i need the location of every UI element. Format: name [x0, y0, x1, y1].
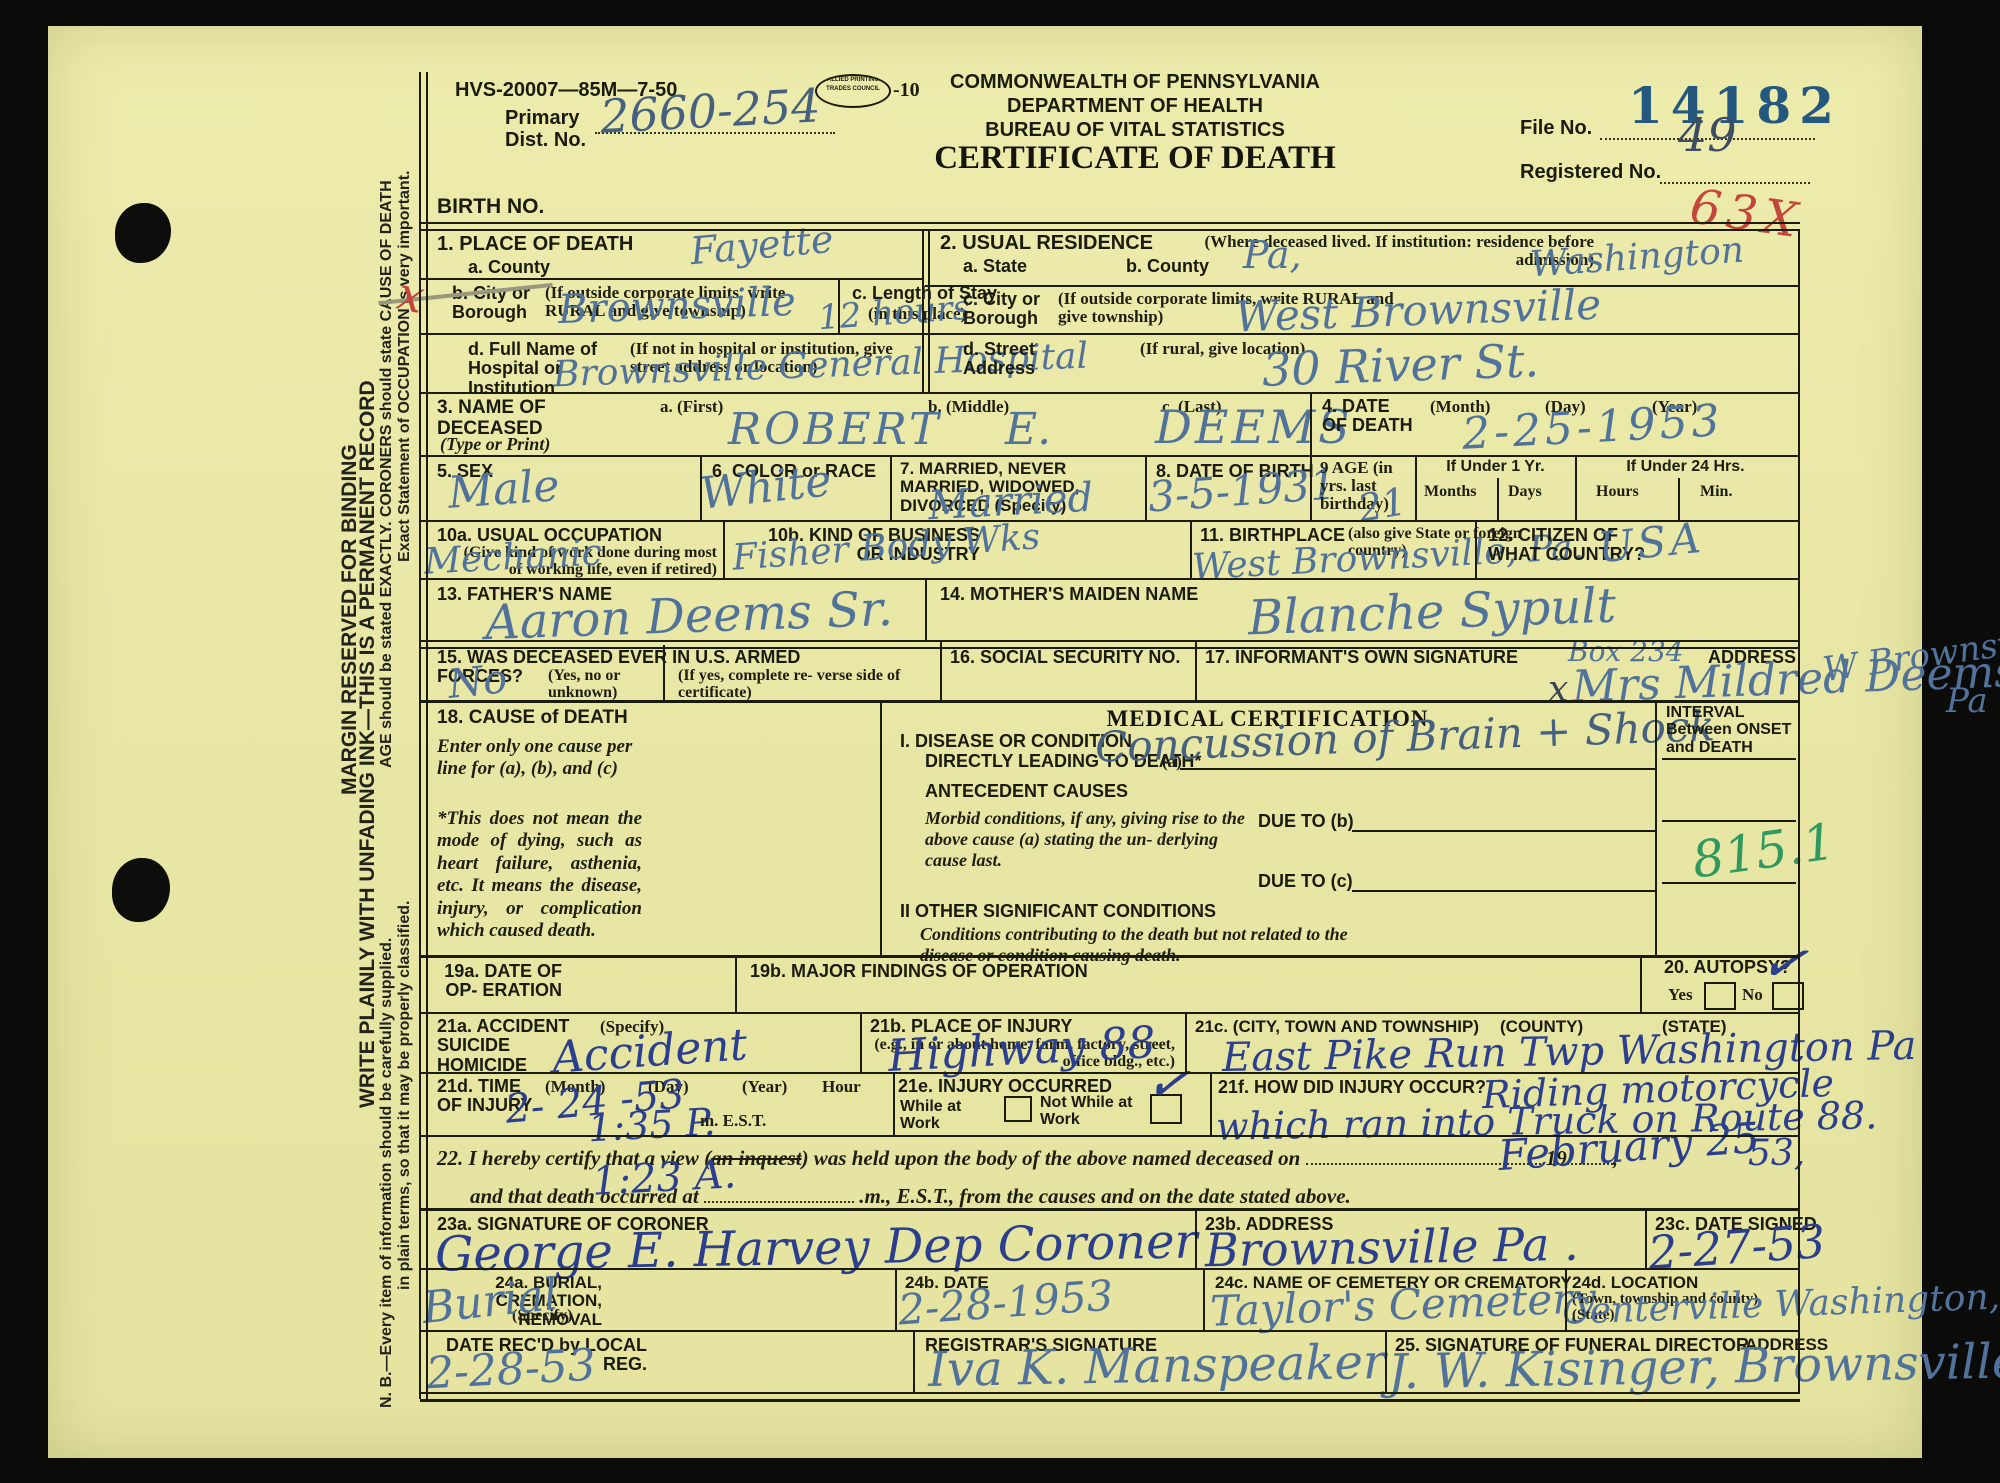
rule	[420, 1399, 1800, 1402]
rule	[1575, 455, 1577, 520]
father-name-value: Aaron Deems Sr.	[484, 585, 893, 647]
while-at-work-checkbox[interactable]	[1004, 1096, 1032, 1122]
rule	[426, 72, 428, 1399]
rule	[890, 455, 892, 520]
rule	[1145, 455, 1147, 520]
ssn-label: 16. SOCIAL SECURITY NO.	[950, 648, 1185, 667]
rule	[925, 285, 1800, 287]
informant-label: 17. INFORMANT'S OWN SIGNATURE	[1205, 648, 1518, 667]
header-commonwealth: COMMONWEALTH OF PENNSYLVANIA	[905, 72, 1365, 94]
registered-no-value: 49	[1678, 112, 1737, 158]
days-label: Days	[1508, 484, 1542, 501]
cause-of-death-label: 18. CAUSE of DEATH	[437, 708, 628, 729]
armed-forces-note1: (Yes, no or unknown)	[548, 668, 668, 702]
date-recd-value: 2-28-53	[425, 1344, 597, 1397]
rule	[860, 1012, 862, 1072]
under-1yr-label: If Under 1 Yr.	[1418, 459, 1573, 476]
margin-nb-text: N. B.—Every item of information should b…	[378, 938, 396, 1408]
min-label: Min.	[1700, 484, 1732, 501]
certify-year-value: 53,	[1748, 1136, 1805, 1172]
morbid-note: Morbid conditions, if any, giving rise t…	[925, 808, 1260, 872]
rule	[420, 1135, 1800, 1137]
rule	[928, 229, 930, 392]
rule	[735, 955, 737, 1012]
name-note: (Type or Print)	[440, 434, 550, 455]
rule	[1678, 478, 1680, 520]
rule	[420, 229, 1800, 231]
registered-no-label: Registered No.	[1520, 162, 1661, 184]
rule	[1185, 1012, 1187, 1072]
certify-line1-post: ) was held upon the body of the above na…	[802, 1146, 1301, 1170]
how-injury-label: 21f. HOW DID INJURY OCCUR?	[1218, 1078, 1486, 1097]
registrar-signature-value: Iva K. Manspeaker	[928, 1338, 1387, 1394]
hours-label: Hours	[1596, 484, 1639, 501]
scanned-death-certificate: MARGIN RESERVED FOR BINDING WRITE PLAINL…	[0, 0, 2000, 1483]
certify-line2-post: .m., E.S.T., from the causes and on the …	[859, 1184, 1351, 1208]
cause-of-death-footnote: *This does not mean the mode of dying, s…	[437, 808, 642, 942]
rule	[420, 520, 1800, 522]
place-of-death-title: 1. PLACE OF DEATH	[437, 234, 633, 256]
punch-hole-bottom	[112, 858, 170, 922]
color-race-value: White	[698, 459, 833, 516]
rule	[1662, 882, 1796, 884]
residence-state-value: Pa,	[1243, 236, 1302, 274]
injury-hour-label: Hour	[822, 1078, 861, 1096]
name-middle-value: E.	[1005, 408, 1051, 452]
rule	[913, 1330, 915, 1392]
rule	[1195, 640, 1197, 700]
street-address-label: d. Street Address	[963, 340, 1063, 379]
rule	[1352, 890, 1655, 892]
rule	[1310, 392, 1312, 455]
page-title: CERTIFICATE OF DEATH	[905, 140, 1365, 177]
margin-plain-terms-text: in plain terms, so that it may be proper…	[396, 901, 414, 1290]
rule	[1415, 455, 1417, 520]
injury-year-label: (Year)	[742, 1078, 787, 1096]
rule	[420, 455, 1800, 457]
rule	[880, 700, 882, 955]
rule	[419, 72, 421, 1399]
rule	[420, 222, 1800, 224]
date-of-operation-label: 19a. DATE OF OP- ERATION	[437, 962, 562, 1001]
autopsy-no-checkmark: ✓	[1755, 932, 1811, 995]
primary-dist-value: 2660-254	[599, 82, 822, 139]
rule	[925, 578, 927, 640]
street-address-value: 30 River St.	[1261, 337, 1539, 393]
armed-forces-value: No	[446, 659, 509, 705]
informant-address-value2: Pa	[1946, 684, 1988, 718]
other-conditions-label: II OTHER SIGNIFICANT CONDITIONS	[900, 902, 1216, 921]
residence-city-label: c. City or Borough	[963, 290, 1051, 329]
rule	[663, 645, 665, 700]
rule	[700, 455, 702, 520]
rule	[1565, 1268, 1567, 1330]
residence-title: 2. USUAL RESIDENCE	[940, 233, 1153, 255]
time-of-injury-time-value: 1:35 P.	[587, 1103, 716, 1148]
rule	[420, 1268, 1800, 1270]
rule	[1640, 955, 1642, 1012]
rule	[723, 520, 725, 578]
rule	[838, 278, 840, 333]
coroner-address-value: Brownsville Pa .	[1205, 1221, 1579, 1274]
injury-est-label: m. E.S.T.	[700, 1112, 766, 1130]
rule	[1310, 455, 1312, 520]
rule	[893, 1072, 895, 1135]
armed-forces-note2: (If yes, complete re- verse side of cert…	[678, 668, 908, 702]
name-first-value: ROBERT	[728, 408, 941, 452]
occupation-value: Mechanic	[423, 535, 602, 580]
rule	[420, 1012, 1800, 1014]
rule	[420, 578, 1800, 580]
red-code-63x: 63X	[1687, 182, 1806, 245]
margin-permanent-record-text: WRITE PLAINLY WITH UNFADING INK—THIS IS …	[356, 380, 380, 1108]
rule	[1798, 229, 1800, 1392]
length-of-stay-value: 12 hours	[817, 291, 971, 336]
file-no-label: File No.	[1520, 118, 1592, 140]
rule	[1190, 520, 1192, 578]
rule	[420, 278, 922, 280]
rule	[895, 1268, 897, 1330]
rule	[1203, 1268, 1205, 1330]
name-title: 3. NAME OF DECEASED	[437, 398, 567, 439]
antecedent-label: ANTECEDENT CAUSES	[925, 782, 1128, 801]
rule	[1655, 700, 1657, 955]
not-while-at-work-label: Not While at Work	[1040, 1094, 1140, 1129]
rule	[1662, 758, 1796, 760]
rule	[420, 333, 1800, 335]
union-printing-label-icon: ALLIED PRINTING TRADES COUNCIL	[815, 74, 891, 108]
rule	[1352, 830, 1655, 832]
due-to-c-label: DUE TO (c)	[1258, 872, 1353, 891]
rule	[420, 700, 1800, 703]
mother-name-value: Blanche Sypult	[1247, 582, 1616, 643]
rule	[1210, 1072, 1212, 1135]
rule	[420, 392, 1800, 394]
citizen-value: USA	[1596, 517, 1706, 570]
under-24hrs-label: If Under 24 Hrs.	[1578, 459, 1793, 476]
place-county-label: a. County	[468, 258, 550, 277]
place-city-value: Brownsville	[557, 282, 796, 330]
rule	[922, 229, 924, 392]
rule	[420, 1330, 1800, 1332]
rule	[1180, 768, 1655, 770]
header-department: DEPARTMENT OF HEALTH	[905, 96, 1365, 118]
date-of-death-value: 2-25-1953	[1461, 399, 1725, 457]
while-at-work-label: While at Work	[900, 1098, 992, 1133]
mother-name-label: 14. MOTHER'S MAIDEN NAME	[940, 585, 1198, 604]
rule	[1475, 520, 1477, 578]
residence-state-label: a. State	[963, 257, 1027, 276]
funeral-director-value: J. W. Kisinger, Brownsville, Pa.	[1388, 1336, 2000, 1397]
margin-occupation-text: Exact Statement of OCCUPATION is very im…	[396, 171, 414, 562]
rule	[1385, 1330, 1387, 1392]
rule	[420, 1208, 1800, 1211]
cause-of-death-note: Enter only one cause per line for (a), (…	[437, 736, 642, 781]
rule	[420, 1072, 1800, 1074]
months-label: Months	[1424, 484, 1476, 501]
rule	[940, 640, 942, 700]
sex-value: Male	[447, 464, 561, 516]
autopsy-yes-checkbox[interactable]	[1704, 982, 1736, 1010]
interval-label: INTERVAL Between ONSET and DEATH	[1666, 704, 1798, 756]
rule	[1497, 478, 1499, 520]
birth-no-label: BIRTH NO.	[437, 196, 544, 219]
primary-dist-label: Primary Dist. No.	[505, 108, 595, 151]
rule	[420, 647, 1800, 649]
rule	[420, 1392, 1800, 1394]
due-to-b-label: DUE TO (b)	[1258, 812, 1354, 831]
name-first-label: a. (First)	[660, 398, 723, 416]
autopsy-yes-label: Yes	[1668, 986, 1693, 1004]
rule	[1645, 1208, 1647, 1268]
punch-hole-top	[115, 203, 171, 263]
certify-time-value: 1:23 A.	[591, 1154, 737, 1201]
header-bureau: BUREAU OF VITAL STATISTICS	[905, 120, 1365, 142]
rule	[1195, 1208, 1197, 1268]
rule	[420, 955, 1800, 958]
rule	[420, 640, 1800, 642]
residence-county-label: b. County	[1126, 257, 1209, 276]
major-findings-label: 19b. MAJOR FINDINGS OF OPERATION	[750, 962, 1088, 981]
rule	[1662, 820, 1796, 822]
date-of-death-label: 4. DATE OF DEATH	[1322, 397, 1414, 436]
residence-city-value: West Brownsville	[1234, 284, 1601, 339]
margin-age-exactly-text: AGE should be stated EXACTLY. CORONERS s…	[378, 180, 396, 768]
